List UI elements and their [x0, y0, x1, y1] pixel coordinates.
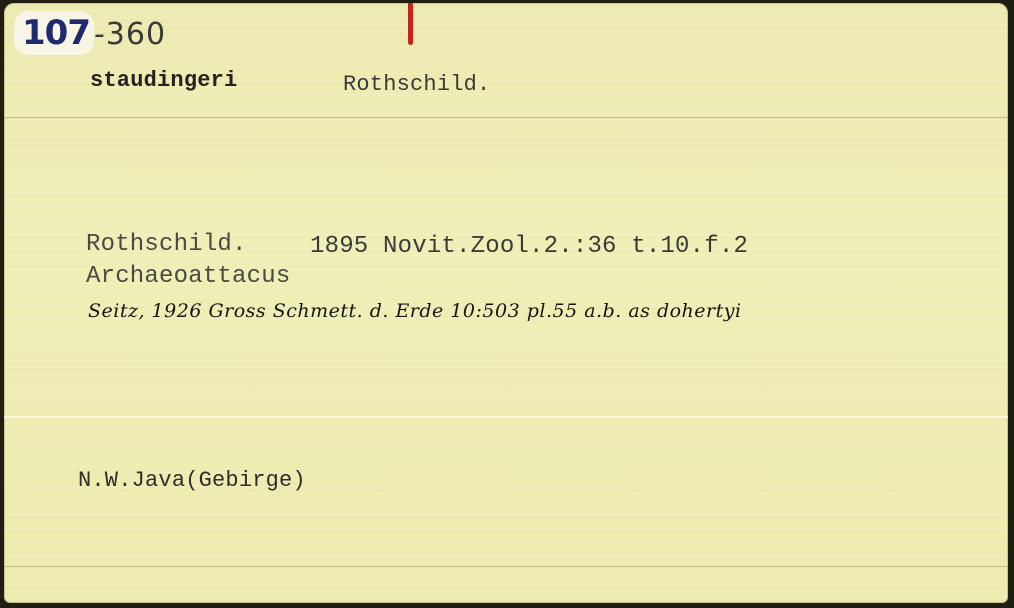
catalog-number-prefix: 107: [14, 11, 94, 55]
catalog-number-suffix: -360: [94, 13, 166, 57]
card-rule-bottom: [4, 566, 1008, 567]
card-rule-light: [4, 416, 1008, 418]
reference-citation: 1895 Novit.Zool.2.:36 t.10.f.2: [310, 235, 748, 259]
species-name: staudingeri: [90, 69, 237, 93]
genus-name: Archaeoattacus: [86, 265, 290, 289]
card-rule: [4, 117, 1008, 118]
handwritten-note: Seitz, 1926 Gross Schmett. d. Erde 10:50…: [88, 299, 742, 323]
species-author: Rothschild.: [343, 73, 490, 97]
catalog-number: 107 -360: [14, 11, 166, 51]
index-card: 107 -360 staudingeri Rothschild. Rothsch…: [4, 3, 1008, 603]
reference-author: Rothschild.: [86, 233, 247, 257]
red-marker-tab: [408, 3, 413, 45]
locality: N.W.Java(Gebirge): [78, 469, 306, 493]
